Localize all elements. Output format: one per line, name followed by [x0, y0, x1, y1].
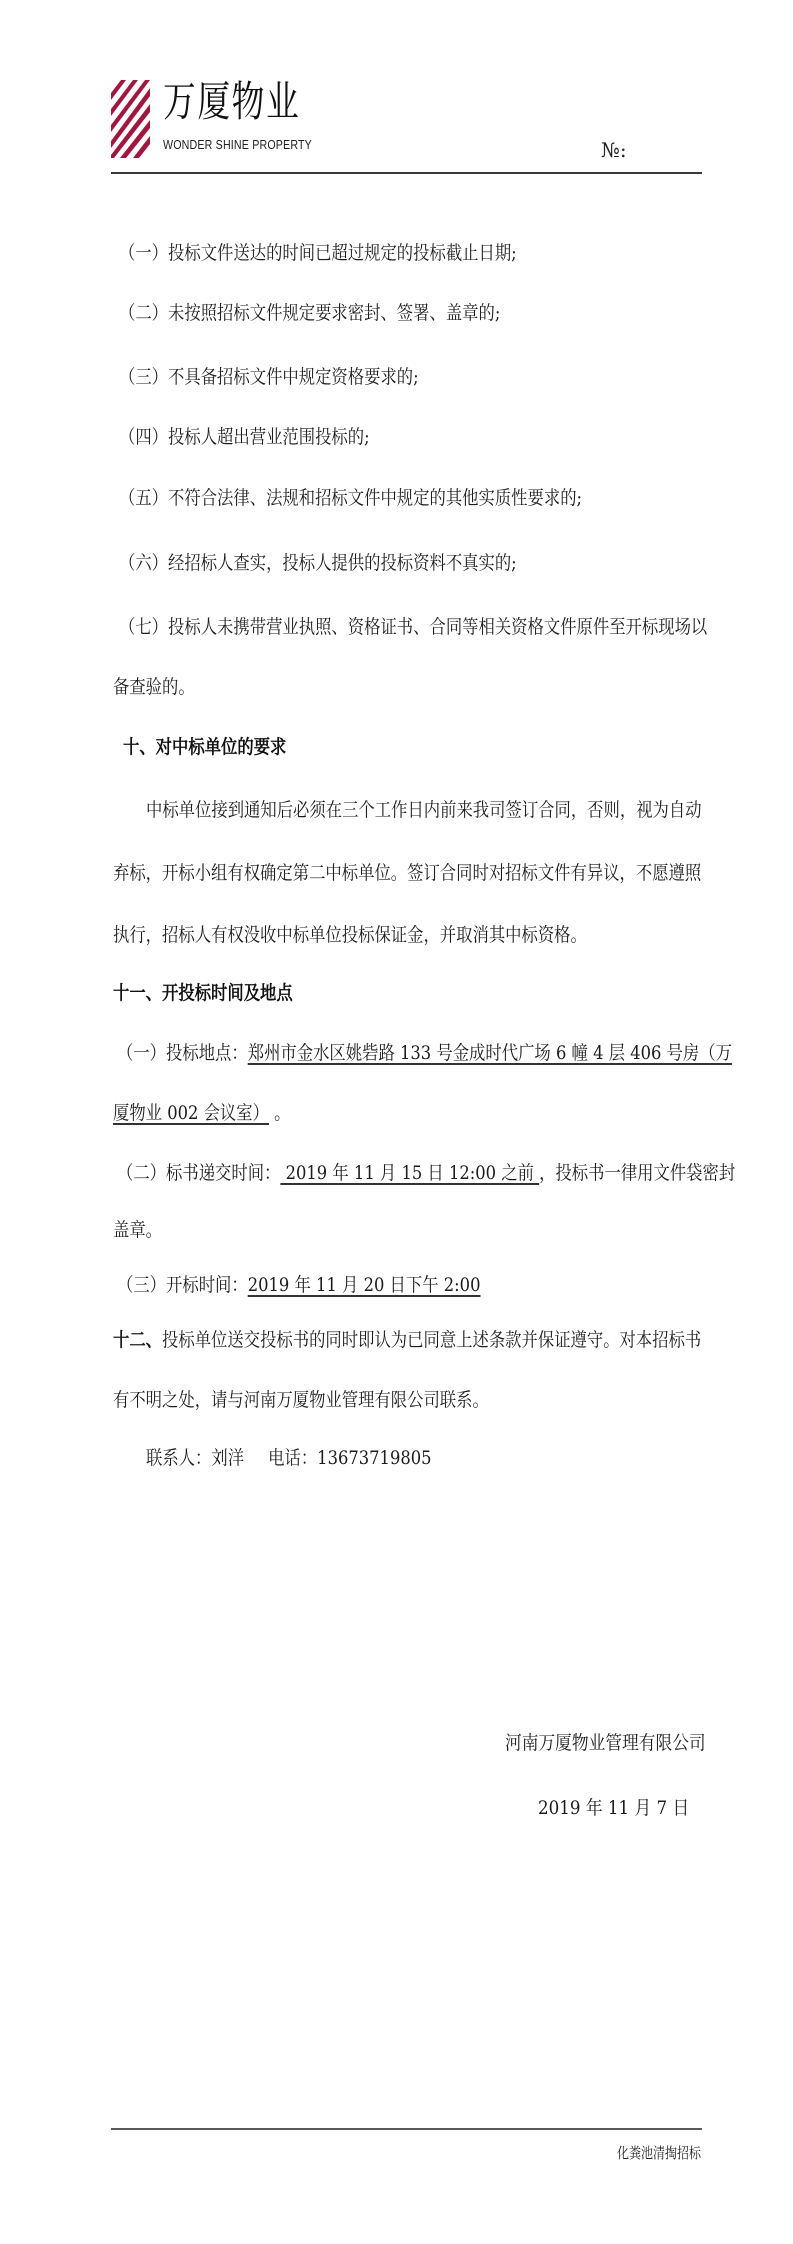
contact-person: 刘洋: [211, 1447, 244, 1469]
location-line-continuation: 厦物业 002 会议室） 。: [113, 1101, 291, 1125]
list-item: （三）不具备招标文件中规定资格要求的;: [119, 365, 419, 389]
footer-project-name: 化粪池清掏招标: [617, 2142, 701, 2163]
logo-stripes-icon: [111, 80, 151, 158]
submission-continuation: 盖章。: [113, 1218, 162, 1242]
list-item: （七）投标人未携带营业执照、资格证书、合同等相关资格文件原件至开标现场以: [119, 615, 707, 639]
section-12-line: 十二、投标单位送交投标书的同时即认为已同意上述条款并保证遵守。对本招标书: [113, 1328, 701, 1352]
signature-date: 2019 年 11 月 7 日: [538, 1793, 689, 1820]
section-heading: 十、对中标单位的要求: [123, 735, 286, 759]
list-item: （六）经招标人查实，投标人提供的投标资料不真实的;: [119, 551, 517, 575]
section-heading: 十一、开投标时间及地点: [113, 981, 293, 1005]
opening-time: 2019 年 11 月 20 日下午 2:00: [248, 1274, 481, 1296]
contact-person-label: 联系人：: [146, 1447, 211, 1469]
location-value: 厦物业 002 会议室）: [113, 1102, 269, 1124]
list-item: （一）投标文件送达的时间已超过规定的投标截止日期;: [119, 241, 517, 265]
opening-time-line: （三）开标时间：2019 年 11 月 20 日下午 2:00: [117, 1273, 480, 1297]
logo-chinese-name: 万厦物业: [163, 78, 300, 126]
submission-deadline: 2019 年 11 月 15 日 12:00 之前: [280, 1162, 539, 1184]
paragraph-line: 执行，招标人有权没收中标单位投标保证金，并取消其中标资格。: [113, 923, 587, 947]
list-item-continuation: 备查验的。: [113, 675, 195, 699]
paragraph-line: 弃标，开标小组有权确定第二中标单位。签订合同时对招标文件有异议，不愿遵照: [113, 861, 701, 885]
footer-divider: [111, 2128, 702, 2130]
paragraph-line: 中标单位接到通知后必须在三个工作日内前来我司签订合同，否则，视为自动: [146, 798, 702, 822]
logo-english-name: WONDER SHINE PROPERTY: [163, 137, 312, 152]
list-item: （四）投标人超出营业范围投标的;: [119, 425, 370, 449]
location-value: 郑州市金水区姚砦路 133 号金成时代广场 6 幢 4 层 406 号房（万: [248, 1042, 732, 1064]
company-signature: 河南万厦物业管理有限公司: [505, 1728, 706, 1755]
phone-number: 13673719805: [317, 1447, 431, 1469]
list-item: （五）不符合法律、法规和招标文件中规定的其他实质性要求的;: [119, 486, 582, 510]
phone-label: 电话：: [268, 1447, 317, 1469]
contact-line: 联系人：刘洋电话：13673719805: [146, 1446, 432, 1470]
submission-label: （二）标书递交时间：: [117, 1162, 280, 1184]
list-item: （二）未按照招标文件规定要求密封、签署、盖章的;: [119, 301, 500, 325]
submission-time-line: （二）标书递交时间： 2019 年 11 月 15 日 12:00 之前 ，投标…: [117, 1161, 735, 1185]
section-heading: 十二、: [113, 1329, 162, 1351]
header-divider: [111, 172, 702, 174]
paragraph-line: 有不明之处，请与河南万厦物业管理有限公司联系。: [113, 1388, 489, 1412]
opening-label: （三）开标时间：: [117, 1274, 248, 1296]
document-number-label: №:: [601, 138, 627, 162]
location-label: （一）投标地点：: [117, 1042, 248, 1064]
location-line: （一）投标地点：郑州市金水区姚砦路 133 号金成时代广场 6 幢 4 层 40…: [117, 1041, 732, 1065]
